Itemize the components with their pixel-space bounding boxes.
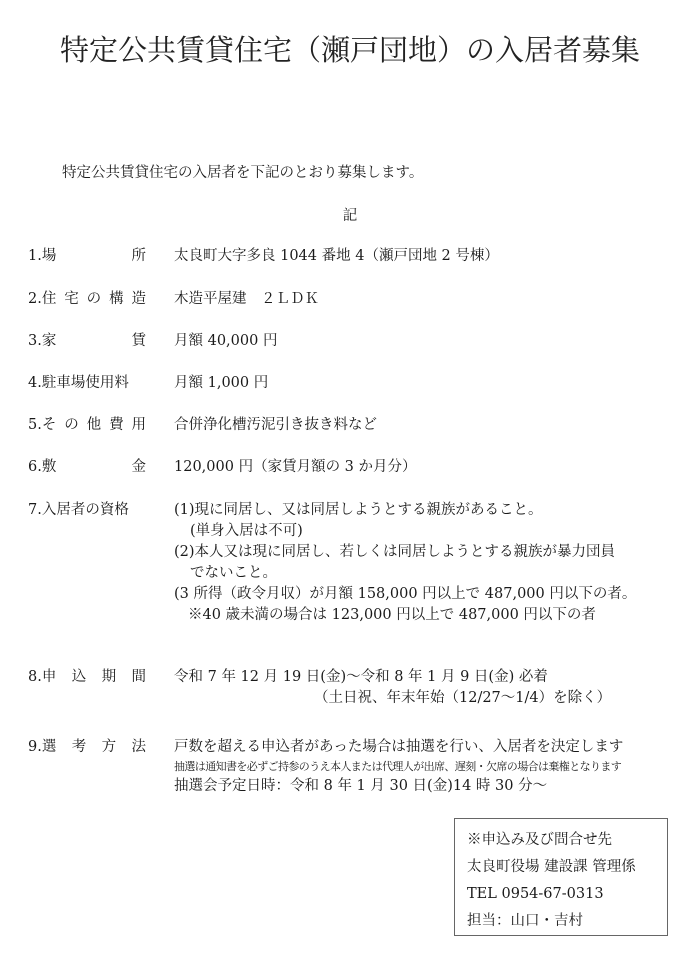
item-value: 月額 40,000 円 (174, 331, 277, 352)
item-value: (1)現に同居し、又は同居しようとする親族があること。 (単身入居は不可) (2… (174, 500, 636, 626)
item-value: 太良町大字多良 1044 番地 4（瀬戸団地 2 号棟） (174, 246, 499, 267)
contact-heading: ※申込み及び問合せ先 (467, 827, 667, 854)
item-label: 6.敷 金 (28, 457, 146, 477)
contact-box: ※申込み及び問合せ先 太良町役場 建設課 管理係 TEL 0954-67-031… (454, 818, 668, 936)
item-value: 月額 1,000 円 (174, 373, 268, 394)
item-label: 8.申 込 期 間 (28, 667, 146, 687)
contact-person: 担当：山口・吉村 (467, 908, 667, 935)
item-label: 7.入居者の資格 (28, 500, 146, 520)
item-label: 3.家 賃 (28, 331, 146, 351)
contact-tel: TEL 0954-67-0313 (467, 881, 667, 908)
notice-title: 特定公共賃貸住宅（瀬戸団地）の入居者募集 (0, 28, 700, 69)
item-label: 4.駐車場使用料 (28, 373, 146, 393)
intro-text: 特定公共賃貸住宅の入居者を下記のとおり募集します。 (62, 161, 423, 182)
item-value: 合併浄化槽汚泥引き抜き料など (174, 415, 377, 436)
item-label: 1.場 所 (28, 246, 146, 266)
contact-office: 太良町役場 建設課 管理係 (467, 854, 667, 881)
item-label: 2.住 宅 の 構 造 (28, 289, 146, 309)
item-value: 木造平屋建 ２ＬＤＫ (174, 289, 319, 310)
item-label: 9.選 考 方 法 (28, 737, 146, 757)
ki-heading: 記 (0, 204, 700, 225)
item-label: 5.そ の 他 費 用 (28, 415, 146, 435)
item-value: 戸数を超える申込者があった場合は抽選を行い、入居者を決定します 抽選は通知書を必… (174, 737, 623, 797)
item-value: 令和 7 年 12 月 19 日(金)～令和 8 年 1 月 9 日(金) 必着… (174, 667, 611, 709)
item-value: 120,000 円（家賃月額の 3 か月分） (174, 457, 417, 478)
